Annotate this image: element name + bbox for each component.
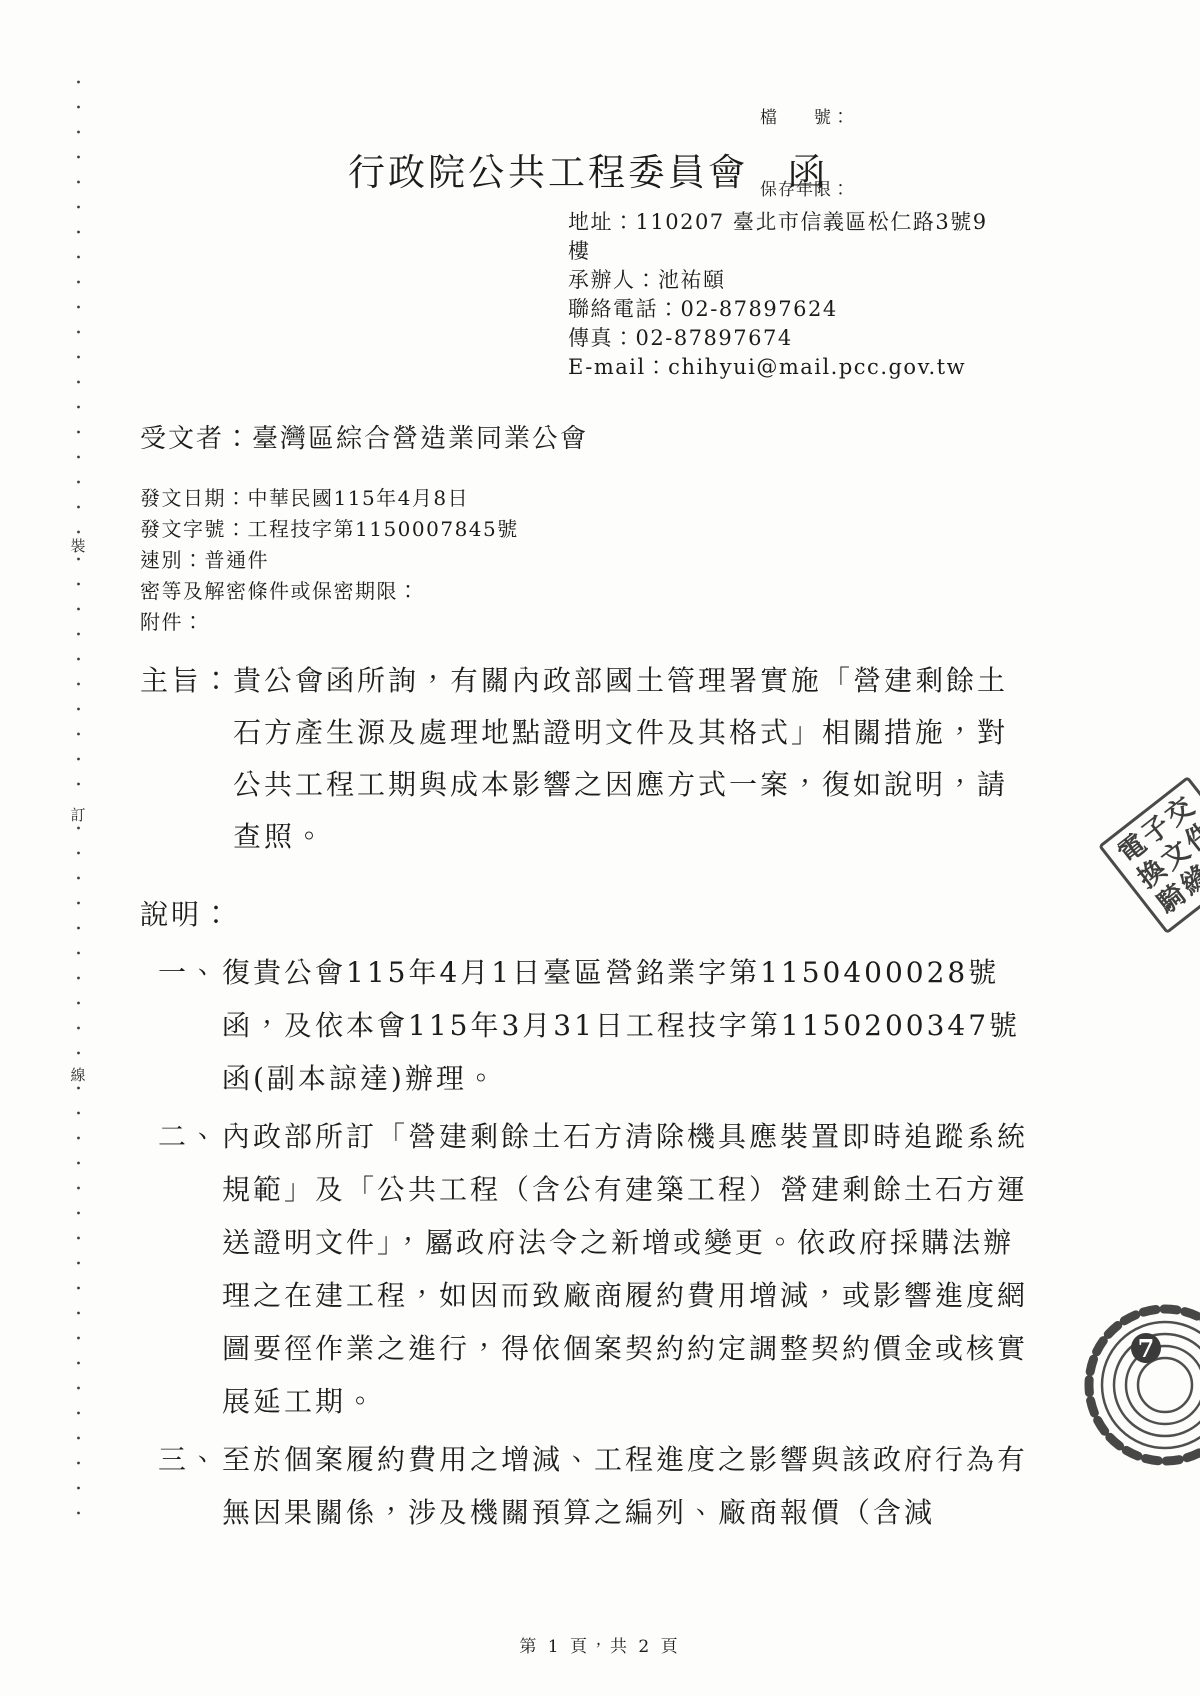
- page-footer: 第 1 頁，共 2 頁: [0, 1632, 1200, 1657]
- binding-mark-ding: 訂: [70, 804, 85, 826]
- page-title: 行政院公共工程委員會 函: [348, 142, 828, 196]
- sender-address: 地址：110207 臺北市信義區松仁路3號9樓: [568, 208, 1000, 266]
- item-text: 內政部所訂「營建剩餘土石方清除機具應裝置即時追蹤系統規範」及「公共工程（含公有建…: [222, 1110, 1040, 1428]
- priority: 速別：普通件: [140, 545, 519, 576]
- sender-fax: 傳真：02-87897674: [568, 324, 1000, 353]
- item-number: 二、: [158, 1110, 222, 1163]
- item-number: 一、: [158, 946, 222, 999]
- metadata-block: 發文日期：中華民國115年4月8日 發文字號：工程技字第1150007845號 …: [140, 483, 519, 638]
- binding-margin: 裝 訂 線: [70, 80, 86, 1535]
- electronic-exchange-stamp: 電子交 換文件 騎縫章: [1098, 776, 1200, 934]
- item-text: 復貴公會115年4月1日臺區營銘業字第1150400028號函，及依本會115年…: [222, 946, 1040, 1105]
- explanation-label: 說明：: [140, 893, 233, 933]
- attachment: 附件：: [140, 607, 519, 638]
- security-classification: 密等及解密條件或保密期限：: [140, 576, 519, 607]
- binding-dotted-line: [77, 826, 80, 1064]
- official-letter-page: 裝 訂 線 檔 號： 保存年限： 行政院公共工程委員會 函 地址：110207 …: [0, 0, 1200, 1696]
- binding-dotted-line: [77, 557, 80, 804]
- explanation-item: 一、復貴公會115年4月1日臺區營銘業字第1150400028號函，及依本會11…: [158, 946, 1040, 1105]
- binding-mark-zhuang: 裝: [70, 535, 85, 557]
- doc-number: 發文字號：工程技字第1150007845號: [140, 514, 519, 545]
- subject-paragraph: 主旨： 貴公會函所詢，有關內政部國土管理署實施「營建剩餘土石方產生源及處理地點證…: [140, 655, 1020, 863]
- subject-label: 主旨：: [140, 655, 233, 707]
- file-number-label: 檔 號：: [760, 106, 850, 130]
- item-text: 至於個案履約費用之增減、工程進度之影響與該政府行為有無因果關係，涉及機關預算之編…: [222, 1433, 1040, 1539]
- rosette-seal-icon: 7: [1080, 1300, 1200, 1470]
- binding-dotted-line: [77, 80, 80, 535]
- binding-dotted-line: [77, 1086, 80, 1535]
- rosette-number: 7: [1138, 1334, 1155, 1363]
- sender-email: E-mail：chihyui@mail.pcc.gov.tw: [568, 353, 1000, 382]
- binding-mark-xian: 線: [70, 1064, 85, 1086]
- recipient-line: 受文者：臺灣區綜合營造業同業公會: [140, 418, 588, 455]
- issue-date: 發文日期：中華民國115年4月8日: [140, 483, 519, 514]
- explanation-items: 一、復貴公會115年4月1日臺區營銘業字第1150400028號函，及依本會11…: [158, 946, 1040, 1544]
- sender-phone: 聯絡電話：02-87897624: [568, 295, 1000, 324]
- sender-contact-person: 承辦人：池祐頤: [568, 266, 1000, 295]
- sender-info-block: 地址：110207 臺北市信義區松仁路3號9樓 承辦人：池祐頤 聯絡電話：02-…: [568, 208, 1000, 382]
- explanation-item: 二、內政部所訂「營建剩餘土石方清除機具應裝置即時追蹤系統規範」及「公共工程（含公…: [158, 1110, 1040, 1428]
- explanation-item: 三、至於個案履約費用之增減、工程進度之影響與該政府行為有無因果關係，涉及機關預算…: [158, 1433, 1040, 1539]
- subject-text: 貴公會函所詢，有關內政部國土管理署實施「營建剩餘土石方產生源及處理地點證明文件及…: [233, 655, 1020, 863]
- item-number: 三、: [158, 1433, 222, 1486]
